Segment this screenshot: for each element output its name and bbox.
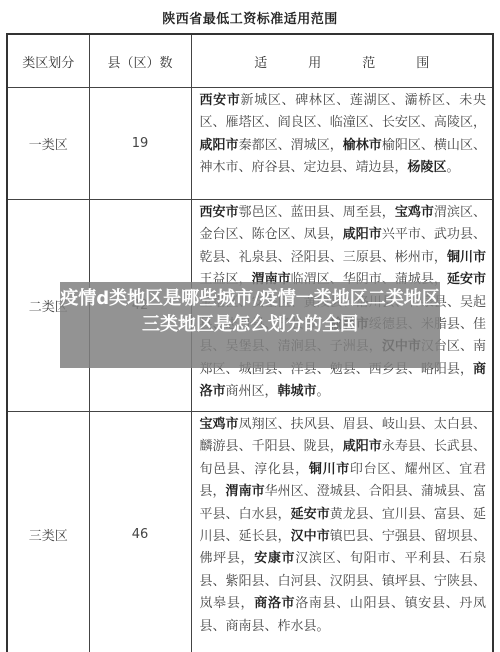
tier-cell: 一类区 <box>7 88 89 200</box>
header-scope-char: 适 <box>234 52 288 71</box>
city-name: 咸阳市 <box>200 138 239 153</box>
district-list: 。 <box>317 384 330 399</box>
tier-cell: 三类区 <box>7 412 89 652</box>
city-name: 咸阳市 <box>343 227 382 242</box>
header-scope-char: 用 <box>288 52 342 71</box>
table-header-row: 类区划分 县（区）数 适用范围 <box>7 34 493 88</box>
city-name: 榆林市 <box>343 138 382 153</box>
district-list: 新城区、碑林区、莲湖区、灞桥区、未央区、雁塔区、阎良区、临潼区、长安区、高陵区， <box>200 93 487 130</box>
city-name: 商洛市 <box>254 596 295 611</box>
district-list: 鄠邑区、蓝田县、周至县， <box>239 205 395 220</box>
city-name: 安康市 <box>254 551 295 566</box>
district-list: 。 <box>447 160 460 175</box>
header-tier: 类区划分 <box>7 34 89 88</box>
city-name: 韩城市 <box>278 384 317 399</box>
city-name: 宝鸡市 <box>200 417 239 432</box>
city-name: 汉中市 <box>291 529 330 544</box>
table-row: 三类区46宝鸡市凤翔区、扶风县、眉县、岐山县、太白县、麟游县、千阳县、陇县，咸阳… <box>7 412 493 652</box>
city-name: 铜川市 <box>309 462 350 477</box>
table-row: 一类区19西安市新城区、碑林区、莲湖区、灞桥区、未央区、雁塔区、阎良区、临潼区、… <box>7 88 493 200</box>
city-name: 铜川市 <box>447 250 486 265</box>
header-count: 县（区）数 <box>89 34 191 88</box>
header-scope: 适用范围 <box>191 34 493 88</box>
document-title: 陕西省最低工资标准适用范围 <box>0 8 500 27</box>
city-name: 西安市 <box>200 93 241 108</box>
count-cell: 46 <box>89 412 191 652</box>
city-name: 杨陵区 <box>408 160 447 175</box>
scope-cell: 西安市新城区、碑林区、莲湖区、灞桥区、未央区、雁塔区、阎良区、临潼区、长安区、高… <box>191 88 493 200</box>
header-scope-char: 围 <box>396 52 450 71</box>
city-name: 宝鸡市 <box>395 205 434 220</box>
city-name: 渭南市 <box>226 484 265 499</box>
header-scope-char: 范 <box>342 52 396 71</box>
scope-cell: 宝鸡市凤翔区、扶风县、眉县、岐山县、太白县、麟游县、千阳县、陇县，咸阳市永寿县、… <box>191 412 493 652</box>
caption-overlay: 疫情d类地区是哪些城市/疫情一类地区二类地区三类地区是怎么划分的全国 <box>60 282 440 368</box>
count-cell: 19 <box>89 88 191 200</box>
city-name: 西安市 <box>200 205 239 220</box>
city-name: 延安市 <box>447 272 486 287</box>
city-name: 延安市 <box>291 507 330 522</box>
city-name: 咸阳市 <box>343 439 382 454</box>
district-list: 商州区， <box>226 384 278 399</box>
district-list: 秦都区、渭城区， <box>239 138 343 153</box>
